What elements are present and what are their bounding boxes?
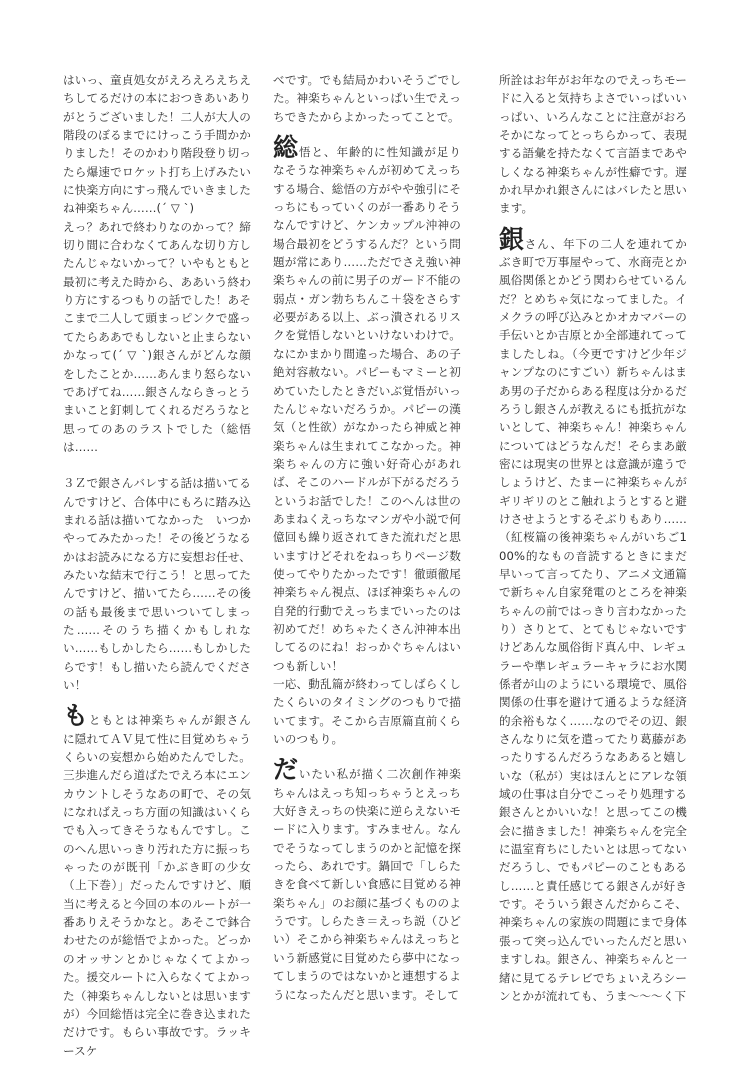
paragraph-text: ともとは神楽ちゃんが銀さんに隠れてＡＶ見て性に目覚めちゃうくらいの妄想から始めた… [63,713,251,1057]
paragraph: 所詮はお年がお年なのでえっちモードに入ると気持ちよさでいっぱいいっぱい、いろんな… [499,71,687,218]
paragraph: もともとは神楽ちゃんが銀さんに隠れてＡＶ見て性に目覚めちゃうくらいの妄想から始め… [63,707,251,1060]
paragraph-text: さん、年下の二人を連れてかぶき町で万事屋やって、水商売とか風俗関係とかどう関わら… [499,237,687,1003]
drop-cap-character: 銀 [499,225,525,254]
text-column-3: 所詮はお年がお年なのでえっちモードに入ると気持ちよさでいっぱいいっぱい、いろんな… [499,71,687,1005]
drop-cap-character: だ [273,755,299,784]
paragraph: 総悟と、年齢的に性知識が足りなそうな神楽ちゃんが初めてえっちする場合、総悟の方が… [273,139,461,675]
paragraph-text: 悟と、年齢的に性知識が足りなそうな神楽ちゃんが初めてえっちする場合、総悟の方がや… [273,145,461,673]
paragraph: ３Ｚで銀さんバレする話は描いてるんですけど、合体中にもろに踏み込まれる話は描いて… [63,474,251,694]
drop-cap-character: も [63,701,89,730]
paragraph: 銀さん、年下の二人を連れてかぶき町で万事屋やって、水商売とか風俗関係とかどう関わ… [499,231,687,1005]
afterword-page: はいっ、童貞処女がえろえろえちえちしてるだけの本におつきあいありがとうございまし… [0,0,745,1080]
paragraph: べです。でも結局かわいそうごでした。神楽ちゃんといっぱい生でえっちできたからよか… [273,71,461,126]
text-column-2: べです。でも結局かわいそうごでした。神楽ちゃんといっぱい生でえっちできたからよか… [273,71,461,1004]
text-column-1: はいっ、童貞処女がえろえろえちえちしてるだけの本におつきあいありがとうございまし… [63,71,251,1060]
paragraph: えっ？あれで終わりなのかって？締切り間に合わなくてあんな切り方したんじゃないかっ… [63,218,251,456]
drop-cap-character: 総 [273,133,299,162]
paragraph: だいたい私が描く二次創作神楽ちゃんはえっち知っちゃうとえっち大好きえっちの快楽に… [273,761,461,1003]
paragraph: はいっ、童貞処女がえろえろえちえちしてるだけの本におつきあいありがとうございまし… [63,71,251,218]
paragraph-text: いたい私が描く二次創作神楽ちゃんはえっち知っちゃうとえっち大好きえっちの快楽に逆… [273,767,461,1001]
paragraph: 一応、動乱篇が終わってしばらくしたくらいのタイミングのつもりで描いてます。そこか… [273,675,461,748]
